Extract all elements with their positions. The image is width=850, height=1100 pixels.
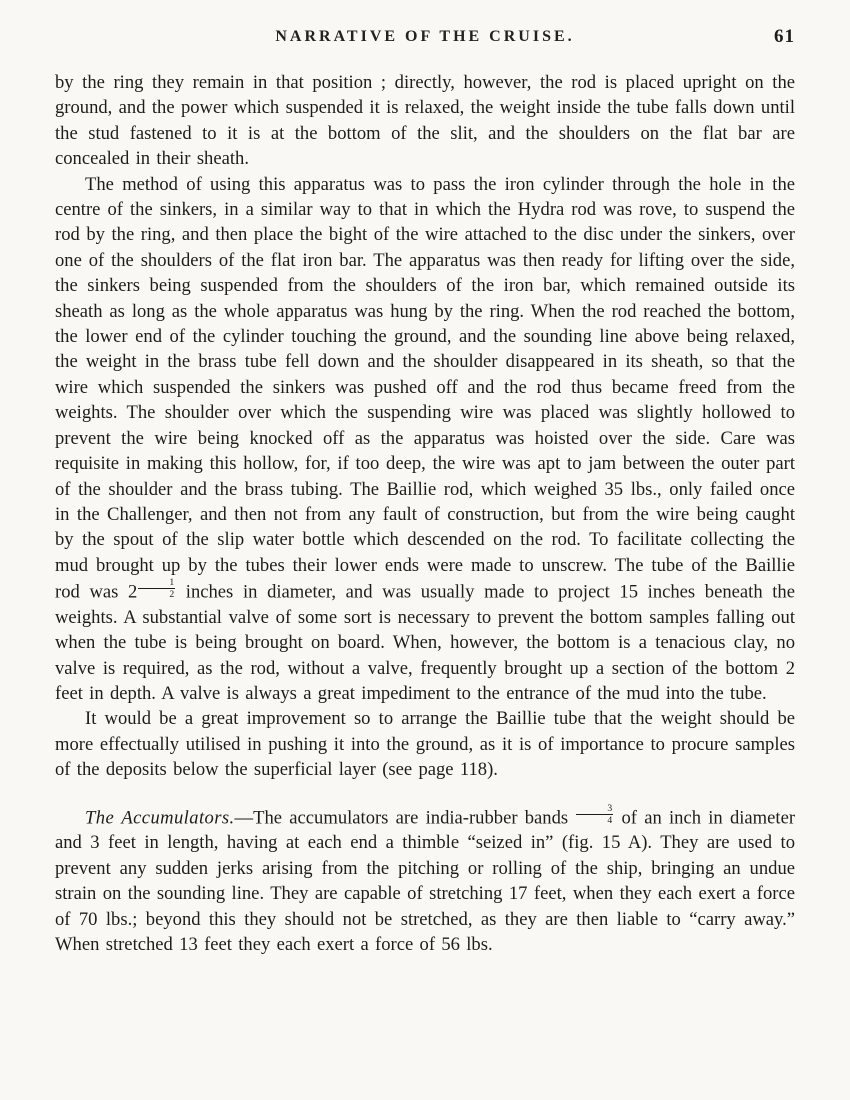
running-header-title: NARRATIVE OF THE CRUISE. [55,28,795,46]
paragraph: by the ring they remain in that position… [55,70,795,172]
text-run: The method of using this apparatus was t… [55,174,795,603]
paragraph: The method of using this apparatus was t… [55,172,795,707]
text-run: It would be a great improvement so to ar… [55,708,795,780]
italic-lead-text: The Accumulators. [85,807,235,828]
page-number: 61 [774,26,795,48]
stacked-fraction: 12 [138,578,175,600]
text-run: —The accumulators are india-rubber bands [235,807,576,828]
text-run: inches in diameter, and was usually made… [55,581,795,704]
paragraph: It would be a great improvement so to ar… [55,706,795,782]
page-header: NARRATIVE OF THE CRUISE. 61 [55,28,795,52]
text-run: by the ring they remain in that position… [55,72,795,169]
page-body: by the ring they remain in that position… [55,70,795,957]
stacked-fraction: 34 [576,804,613,826]
text-run: of an inch in diameter and 3 feet in len… [55,807,795,955]
paragraph: The Accumulators.—The accumulators are i… [55,804,795,958]
book-page: NARRATIVE OF THE CRUISE. 61 by the ring … [0,0,850,1100]
